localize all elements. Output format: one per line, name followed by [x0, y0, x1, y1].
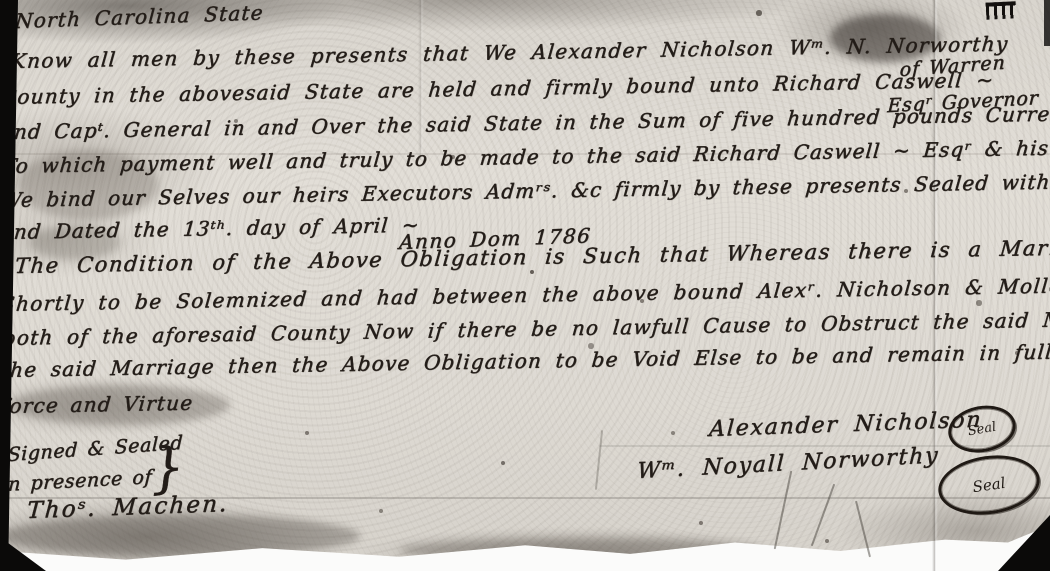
signature-alexander-nicholson: Alexander Nicholson	[708, 408, 983, 442]
seal-label: Seal	[967, 419, 998, 439]
signature-thos-machen: Thoˢ. Machen.	[26, 492, 229, 524]
line-in-presence-of: in presence of	[1, 467, 153, 496]
signature-wm-noyall-norworthy: Wᵐ. Noyall Norworthy	[637, 444, 940, 484]
document-scan: North Carolina StateKnow all men by thes…	[0, 0, 1050, 571]
ink-comb-mark	[986, 1, 1017, 20]
line-dated: and Dated the 13ᵗʰ. day of April ~	[0, 214, 421, 243]
line-county-bound: County in the abovesaid State are held a…	[0, 69, 995, 108]
line-know-all-men: Know all men by these presents that We A…	[10, 33, 1009, 72]
line-heading-state: North Carolina State	[14, 1, 264, 32]
seal-label: Seal	[971, 474, 1006, 496]
line-solemnized: Shortly to be Solemnized and had between…	[0, 273, 1050, 315]
line-force-virtue: force and Virtue	[0, 392, 194, 417]
scan-edge-right-top	[1044, 0, 1050, 46]
line-capt-general: and Capᵗ. General in and Over the said S…	[0, 101, 1050, 143]
presence-brace: }	[148, 435, 187, 500]
